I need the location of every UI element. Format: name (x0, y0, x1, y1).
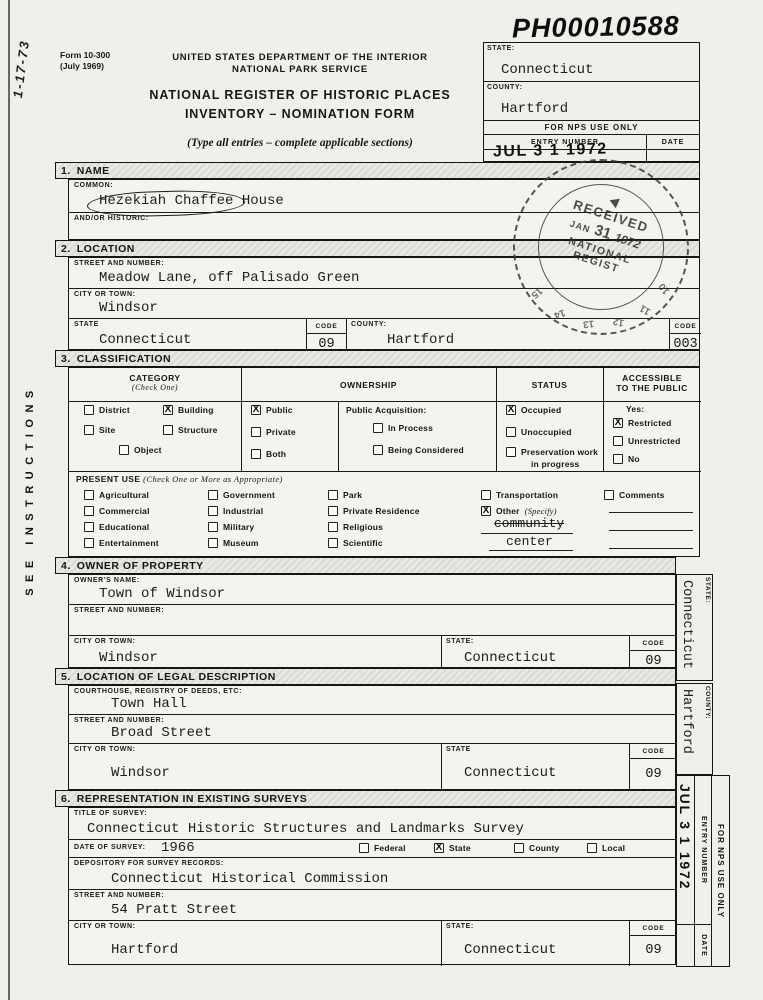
depository-value: Connecticut Historical Commission (111, 871, 388, 887)
checkbox-museum-label: Museum (223, 538, 259, 548)
survey-street-label: STREET AND NUMBER: (74, 892, 164, 899)
checkbox-district (84, 405, 94, 415)
county-value: Hartford (501, 101, 568, 117)
legal-state-value: Connecticut (464, 765, 556, 781)
sidebar-state-value: Connecticut (679, 580, 694, 669)
checkbox-preservation-label2: in progress (531, 459, 580, 469)
category-header: CATEGORY (Check One) (69, 373, 241, 392)
form-number-line: Form 10-300 (60, 50, 110, 61)
checkbox-agricultural (84, 490, 94, 500)
sidebar-nps-box: FOR NPS USE ONLY ENTRY NUMBER DATE JUL 3… (676, 775, 730, 967)
checkbox-object-label: Object (134, 445, 162, 455)
checkbox-occupied-label: Occupied (521, 405, 561, 415)
checkbox-transportation (481, 490, 491, 500)
checkbox-public: X (251, 405, 261, 415)
survey-street-value: 54 Pratt Street (111, 902, 237, 918)
checkbox-government (208, 490, 218, 500)
checkbox-private (251, 427, 261, 437)
category-header-text: CATEGORY (69, 373, 241, 383)
checkbox-private-label: Private (266, 427, 296, 437)
survey-state-label: STATE: (446, 923, 474, 930)
county-label: COUNTY: (487, 84, 523, 91)
table-header-divider (69, 401, 701, 402)
legal-city-row: CITY OR TOWN: Windsor STATE Connecticut … (69, 744, 675, 791)
legal-street-label: STREET AND NUMBER: (74, 717, 164, 724)
state-value: Connecticut (99, 332, 191, 348)
present-use-label-row: PRESENT USE (Check One or More as Approp… (76, 474, 283, 484)
section-2-number: 2. (61, 243, 71, 255)
section-5-title: LOCATION OF LEGAL DESCRIPTION (77, 671, 276, 683)
legal-code-value: 09 (630, 759, 677, 782)
stamp-dial-number: 12 (612, 315, 625, 328)
survey-code-cell: CODE 09 (629, 921, 677, 966)
survey-city-label: CITY OR TOWN: (74, 923, 136, 930)
courthouse-field: COURTHOUSE, REGISTRY OF DEEDS, ETC: Town… (69, 686, 675, 715)
legal-state-label: STATE (446, 746, 471, 753)
checkbox-unoccupied-label: Unoccupied (521, 427, 572, 437)
comments-blank-line-2 (609, 530, 693, 531)
stamp-year: 1972 (613, 230, 643, 252)
survey-state-value: Connecticut (464, 942, 556, 958)
sidebar-state-box: STATE: Connecticut (676, 574, 713, 681)
survey-title-label: TITLE OF SURVEY: (74, 810, 147, 817)
owner-state-value: Connecticut (464, 650, 556, 666)
checkbox-comments-label: Comments (619, 490, 665, 500)
checkbox-being-considered-label: Being Considered (388, 445, 464, 455)
checkbox-structure (163, 425, 173, 435)
section-5-bar: 5. LOCATION OF LEGAL DESCRIPTION (55, 668, 676, 685)
present-use-divider (69, 471, 701, 472)
checkbox-commercial (84, 506, 94, 516)
checkbox-park-label: Park (343, 490, 362, 500)
section-6-bar: 6. REPRESENTATION IN EXISTING SURVEYS (55, 790, 676, 807)
other-specify-line1: community (494, 516, 564, 531)
stamp-month: JAN (569, 219, 592, 235)
accessible-header-line1: ACCESSIBLE (603, 373, 701, 383)
section-4-bar: 4. OWNER OF PROPERTY (55, 557, 676, 574)
checkbox-religious (328, 522, 338, 532)
section-1-title: NAME (77, 165, 110, 177)
accessible-yes-label: Yes: (626, 404, 644, 414)
sidebar-county-value: Hartford (679, 689, 694, 754)
form-instruction-line: (Type all entries – complete applicable … (90, 137, 510, 149)
section-6-box: TITLE OF SURVEY: Connecticut Historic St… (68, 807, 676, 965)
public-acquisition-label: Public Acquisition: (346, 405, 426, 415)
section-4-title: OWNER OF PROPERTY (77, 560, 204, 572)
legal-street-value: Broad Street (111, 725, 212, 741)
survey-street-field: STREET AND NUMBER: 54 Pratt Street (69, 890, 675, 921)
historic-name-label: AND/OR HISTORIC: (74, 215, 149, 222)
checkbox-federal-label: Federal (374, 843, 406, 853)
legal-code-label: CODE (630, 744, 677, 759)
courthouse-value: Town Hall (111, 696, 187, 712)
checkbox-county-survey-label: County (529, 843, 559, 853)
scan-edge-line (8, 0, 10, 1000)
checkbox-county-survey (514, 843, 524, 853)
courthouse-label: COURTHOUSE, REGISTRY OF DEEDS, ETC: (74, 688, 242, 695)
section-3-number: 3. (61, 353, 71, 365)
survey-date-row: DATE OF SURVEY: 1966 Federal XState Coun… (69, 840, 675, 858)
checkbox-scientific (328, 538, 338, 548)
sidebar-state-label: STATE: (704, 577, 711, 603)
checkbox-religious-label: Religious (343, 522, 383, 532)
checkbox-park (328, 490, 338, 500)
owner-name-field: OWNER'S NAME: Town of Windsor (69, 575, 675, 605)
legal-city-value: Windsor (111, 765, 170, 781)
present-use-label: PRESENT USE (76, 474, 140, 484)
legal-state-cell: STATE Connecticut (441, 744, 629, 791)
depository-label: DEPOSITORY FOR SURVEY RECORDS: (74, 860, 224, 867)
checkbox-educational (84, 522, 94, 532)
checkbox-local-survey-label: Local (602, 843, 625, 853)
owner-city-row: CITY OR TOWN: Windsor STATE: Connecticut… (69, 636, 675, 669)
margin-date-handwritten: 1-17-73 (10, 39, 32, 99)
checkbox-educational-label: Educational (99, 522, 149, 532)
county-value: Hartford (387, 332, 454, 348)
checkbox-site (84, 425, 94, 435)
checkbox-both-label: Both (266, 449, 286, 459)
section-1-number: 1. (61, 165, 71, 177)
state-code-label: CODE (307, 319, 346, 334)
checkbox-transportation-label: Transportation (496, 490, 558, 500)
accessible-header-line2: TO THE PUBLIC (603, 383, 701, 393)
checkbox-unrestricted-label: Unrestricted (628, 436, 680, 446)
checkbox-restricted: X (613, 418, 623, 428)
state-label: STATE: (487, 45, 515, 52)
survey-title-value: Connecticut Historic Structures and Land… (87, 821, 524, 837)
checkbox-unrestricted (613, 436, 623, 446)
checkbox-building: X (163, 405, 173, 415)
city-label: CITY OR TOWN: (74, 291, 136, 298)
received-stamp: RECEIVED JAN 31 1972 NATIONAL REGIST 15 … (513, 159, 689, 335)
section-6-title: REPRESENTATION IN EXISTING SURVEYS (77, 793, 308, 805)
depository-field: DEPOSITORY FOR SURVEY RECORDS: Connectic… (69, 858, 675, 890)
checkbox-federal (359, 843, 369, 853)
section-3-box: CATEGORY (Check One) OWNERSHIP STATUS AC… (68, 367, 700, 557)
legal-street-field: STREET AND NUMBER: Broad Street (69, 715, 675, 744)
stamp-dial-number: 13 (583, 318, 595, 330)
checkbox-unoccupied (506, 427, 516, 437)
survey-date-label: DATE OF SURVEY: (74, 844, 146, 851)
form-title: NATIONAL REGISTER OF HISTORIC PLACES INV… (90, 86, 510, 124)
checkbox-agricultural-label: Agricultural (99, 490, 149, 500)
checkbox-state-survey: X (434, 843, 444, 853)
checkbox-local-survey (587, 843, 597, 853)
control-number-handwritten: PH00010588 (512, 11, 680, 45)
section-6-number: 6. (61, 793, 71, 805)
checkbox-scientific-label: Scientific (343, 538, 383, 548)
checkbox-no (613, 454, 623, 464)
checkbox-commercial-label: Commercial (99, 506, 150, 516)
state-value: Connecticut (501, 62, 593, 78)
checkbox-district-label: District (99, 405, 130, 415)
present-use-note: (Check One or More as Appropriate) (143, 474, 283, 484)
state-code-cell: CODE 09 (306, 319, 346, 350)
sidebar-entry-date-stamp: JUL 3 1 1972 (675, 776, 694, 966)
section-3-title: CLASSIFICATION (77, 353, 171, 365)
section-2-title: LOCATION (77, 243, 135, 255)
owner-code-value: 09 (630, 651, 677, 669)
owner-city-label: CITY OR TOWN: (74, 638, 136, 645)
accessible-header: ACCESSIBLE TO THE PUBLIC (603, 373, 701, 393)
common-name-label: COMMON: (74, 182, 113, 189)
see-instructions-vertical: SEE INSTRUCTIONS (24, 325, 36, 655)
checkbox-in-process (373, 423, 383, 433)
checkbox-state-survey-label: State (449, 843, 471, 853)
comments-blank-line-3 (609, 548, 693, 549)
checkbox-site-label: Site (99, 425, 115, 435)
for-nps-use-only-row: FOR NPS USE ONLY (484, 121, 699, 135)
agency-line-1: UNITED STATES DEPARTMENT OF THE INTERIOR (130, 52, 470, 64)
checkbox-military-label: Military (223, 522, 254, 532)
legal-city-label: CITY OR TOWN: (74, 746, 136, 753)
sidebar-for-nps-row: FOR NPS USE ONLY (711, 776, 729, 966)
form-title-line-1: NATIONAL REGISTER OF HISTORIC PLACES (90, 86, 510, 105)
comments-blank-line-1 (609, 512, 693, 513)
sidebar-date-label: DATE (695, 924, 711, 966)
checkbox-object (119, 445, 129, 455)
state-field: STATE: Connecticut (484, 43, 699, 82)
scanned-form-page: 1-17-73 SEE INSTRUCTIONS PH00010588 Form… (0, 0, 763, 1000)
section-4-box: OWNER'S NAME: Town of Windsor STREET AND… (68, 574, 676, 668)
checkbox-both (251, 449, 261, 459)
owner-code-label: CODE (630, 636, 677, 651)
agency-lines: UNITED STATES DEPARTMENT OF THE INTERIOR… (130, 52, 470, 76)
county-label: COUNTY: (351, 321, 387, 328)
survey-state-cell: STATE: Connecticut (441, 921, 629, 966)
sidebar-entry-number-label: ENTRY NUMBER (695, 776, 711, 924)
checkbox-restricted-label: Restricted (628, 418, 672, 428)
other-specify-underline2 (489, 550, 573, 551)
survey-city-value: Hartford (111, 942, 178, 958)
checkbox-occupied: X (506, 405, 516, 415)
stamp-day: 31 (592, 222, 613, 243)
checkbox-private-residence-label: Private Residence (343, 506, 420, 516)
city-value: Windsor (99, 300, 158, 316)
checkbox-entertainment-label: Entertainment (99, 538, 159, 548)
legal-code-cell: CODE 09 (629, 744, 677, 791)
survey-code-value: 09 (630, 936, 677, 958)
ownership-header: OWNERSHIP (241, 380, 496, 390)
section-5-number: 5. (61, 671, 71, 683)
ownership-sub-divider (338, 401, 339, 471)
sidebar-entry-date-row: ENTRY NUMBER DATE (694, 776, 711, 966)
checkbox-no-label: No (628, 454, 640, 464)
county-field: COUNTY: Hartford (484, 82, 699, 121)
checkbox-structure-label: Structure (178, 425, 218, 435)
street-label: STREET AND NUMBER: (74, 260, 164, 267)
owner-name-value: Town of Windsor (99, 586, 225, 602)
checkbox-other: X (481, 506, 491, 516)
checkbox-industrial-label: Industrial (223, 506, 263, 516)
checkbox-government-label: Government (223, 490, 275, 500)
checkbox-other-label: Other (496, 506, 520, 516)
owner-state-label: STATE: (446, 638, 474, 645)
category-subheader: (Check One) (69, 383, 241, 392)
survey-title-field: TITLE OF SURVEY: Connecticut Historic St… (69, 808, 675, 840)
checkbox-being-considered (373, 445, 383, 455)
checkbox-preservation (506, 447, 516, 457)
checkbox-museum (208, 538, 218, 548)
owner-city-value: Windsor (99, 650, 158, 666)
street-value: Meadow Lane, off Palisado Green (99, 270, 359, 286)
checkbox-industrial (208, 506, 218, 516)
checkbox-public-label: Public (266, 405, 293, 415)
form-revision-line: (July 1969) (60, 61, 110, 72)
form-title-line-2: INVENTORY – NOMINATION FORM (90, 105, 510, 124)
owner-street-field: STREET AND NUMBER: (69, 605, 675, 636)
state-label: STATE (74, 321, 99, 328)
owner-state-cell: STATE: Connecticut (441, 636, 629, 669)
sidebar-entry-date-divider (675, 924, 694, 925)
section-4-number: 4. (61, 560, 71, 572)
checkbox-military (208, 522, 218, 532)
date-label: DATE (646, 135, 699, 149)
checkbox-in-process-label: In Process (388, 423, 433, 433)
owner-name-label: OWNER'S NAME: (74, 577, 140, 584)
sidebar-county-label: COUNTY: (704, 686, 711, 719)
checkbox-building-label: Building (178, 405, 214, 415)
form-number: Form 10-300 (July 1969) (60, 50, 110, 72)
checkbox-private-residence (328, 506, 338, 516)
checkbox-other-note: (Specify) (525, 506, 557, 516)
checkbox-entertainment (84, 538, 94, 548)
survey-city-row: CITY OR TOWN: Hartford STATE: Connecticu… (69, 921, 675, 966)
status-header: STATUS (496, 380, 603, 390)
section-5-box: COURTHOUSE, REGISTRY OF DEEDS, ETC: Town… (68, 685, 676, 790)
checkbox-preservation-label: Preservation work (521, 447, 598, 457)
checkbox-comments (604, 490, 614, 500)
agency-line-2: NATIONAL PARK SERVICE (130, 64, 470, 76)
sidebar-county-box: COUNTY: Hartford (676, 683, 713, 775)
survey-code-label: CODE (630, 921, 677, 936)
other-specify-line2: center (506, 534, 553, 549)
owner-code-cell: CODE 09 (629, 636, 677, 669)
section-3-bar: 3. CLASSIFICATION (55, 350, 700, 367)
owner-street-label: STREET AND NUMBER: (74, 607, 164, 614)
survey-date-value: 1966 (161, 840, 195, 856)
